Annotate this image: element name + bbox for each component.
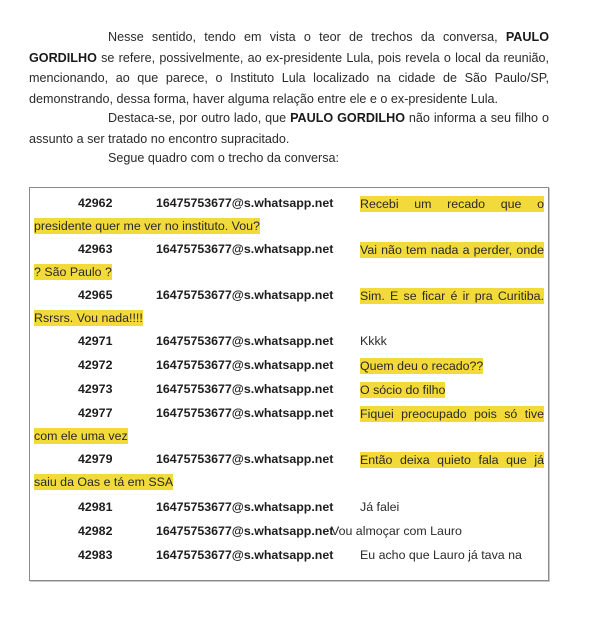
paragraph-text: Nesse sentido, tendo em vista o teor de … — [108, 30, 506, 44]
message-id: 42971 — [78, 334, 112, 348]
message-row: 4296216475753677@s.whatsapp.netRecebi um… — [30, 196, 548, 240]
message-row: 4297716475753677@s.whatsapp.netFiquei pr… — [30, 406, 548, 450]
paragraph-text: se refere, possivelmente, ao ex-presiden… — [29, 51, 549, 106]
message-row: 4296316475753677@s.whatsapp.netVai não t… — [30, 242, 548, 286]
message-id: 42983 — [78, 548, 112, 562]
message-id: 42962 — [78, 196, 112, 210]
paragraph-context: Nesse sentido, tendo em vista o teor de … — [29, 27, 549, 109]
message-text: Kkkk — [360, 334, 387, 348]
person-name: PAULO GORDILHO — [290, 111, 405, 125]
message-text: Vai não tem nada a perder, onde — [360, 242, 544, 258]
message-sender: 16475753677@s.whatsapp.net — [156, 196, 333, 210]
message-text: Eu acho que Lauro já tava na — [360, 548, 522, 562]
message-text: Já falei — [360, 500, 399, 514]
message-row: 4298116475753677@s.whatsapp.netJá falei — [30, 500, 548, 522]
message-text: Fiquei preocupado pois só tive — [360, 406, 544, 422]
message-text: Sim. E se ficar é ir pra Curitiba. — [360, 288, 544, 304]
message-id: 42977 — [78, 406, 112, 420]
message-row: 4297316475753677@s.whatsapp.netO sócio d… — [30, 382, 548, 404]
message-row: 4298316475753677@s.whatsapp.netEu acho q… — [30, 548, 548, 570]
paragraph-table-intro: Segue quadro com o trecho da conversa: — [108, 148, 548, 169]
message-text: Então deixa quieto fala que já — [360, 452, 544, 468]
message-id: 42963 — [78, 242, 112, 256]
message-row: 4297916475753677@s.whatsapp.netEntão dei… — [30, 452, 548, 496]
message-sender: 16475753677@s.whatsapp.net — [156, 382, 333, 396]
message-sender: 16475753677@s.whatsapp.net — [156, 524, 333, 538]
paragraph-highlight-note: Destaca-se, por outro lado, que PAULO GO… — [29, 108, 549, 149]
message-id: 42982 — [78, 524, 112, 538]
message-sender: 16475753677@s.whatsapp.net — [156, 452, 333, 466]
message-text: Quem deu o recado?? — [360, 358, 483, 374]
message-row: 4297216475753677@s.whatsapp.netQuem deu … — [30, 358, 548, 380]
message-sender: 16475753677@s.whatsapp.net — [156, 288, 333, 302]
message-row: 4296516475753677@s.whatsapp.netSim. E se… — [30, 288, 548, 332]
message-sender: 16475753677@s.whatsapp.net — [156, 334, 333, 348]
message-sender: 16475753677@s.whatsapp.net — [156, 548, 333, 562]
message-row: 4298216475753677@s.whatsapp.netVou almoç… — [30, 524, 548, 546]
message-text-continued: presidente quer me ver no instituto. Vou… — [34, 218, 260, 234]
message-id: 42972 — [78, 358, 112, 372]
message-id: 42979 — [78, 452, 112, 466]
message-id: 42973 — [78, 382, 112, 396]
message-text-continued: com ele uma vez — [34, 428, 128, 444]
message-text: Vou almoçar com Lauro — [331, 524, 462, 538]
message-text: O sócio do filho — [360, 382, 445, 398]
message-sender: 16475753677@s.whatsapp.net — [156, 500, 333, 514]
message-id: 42981 — [78, 500, 112, 514]
message-text-continued: ? São Paulo ? — [34, 264, 112, 280]
message-text-continued: Rsrsrs. Vou nada!!!! — [34, 310, 143, 326]
message-text: Recebi um recado que o — [360, 196, 544, 212]
message-row: 4297116475753677@s.whatsapp.netKkkk — [30, 334, 548, 356]
conversation-table: 4296216475753677@s.whatsapp.netRecebi um… — [29, 187, 549, 581]
message-sender: 16475753677@s.whatsapp.net — [156, 406, 333, 420]
message-id: 42965 — [78, 288, 112, 302]
message-sender: 16475753677@s.whatsapp.net — [156, 242, 333, 256]
paragraph-text: Destaca-se, por outro lado, que — [108, 111, 290, 125]
message-sender: 16475753677@s.whatsapp.net — [156, 358, 333, 372]
message-text-continued: saiu da Oas e tá em SSA — [34, 474, 173, 490]
